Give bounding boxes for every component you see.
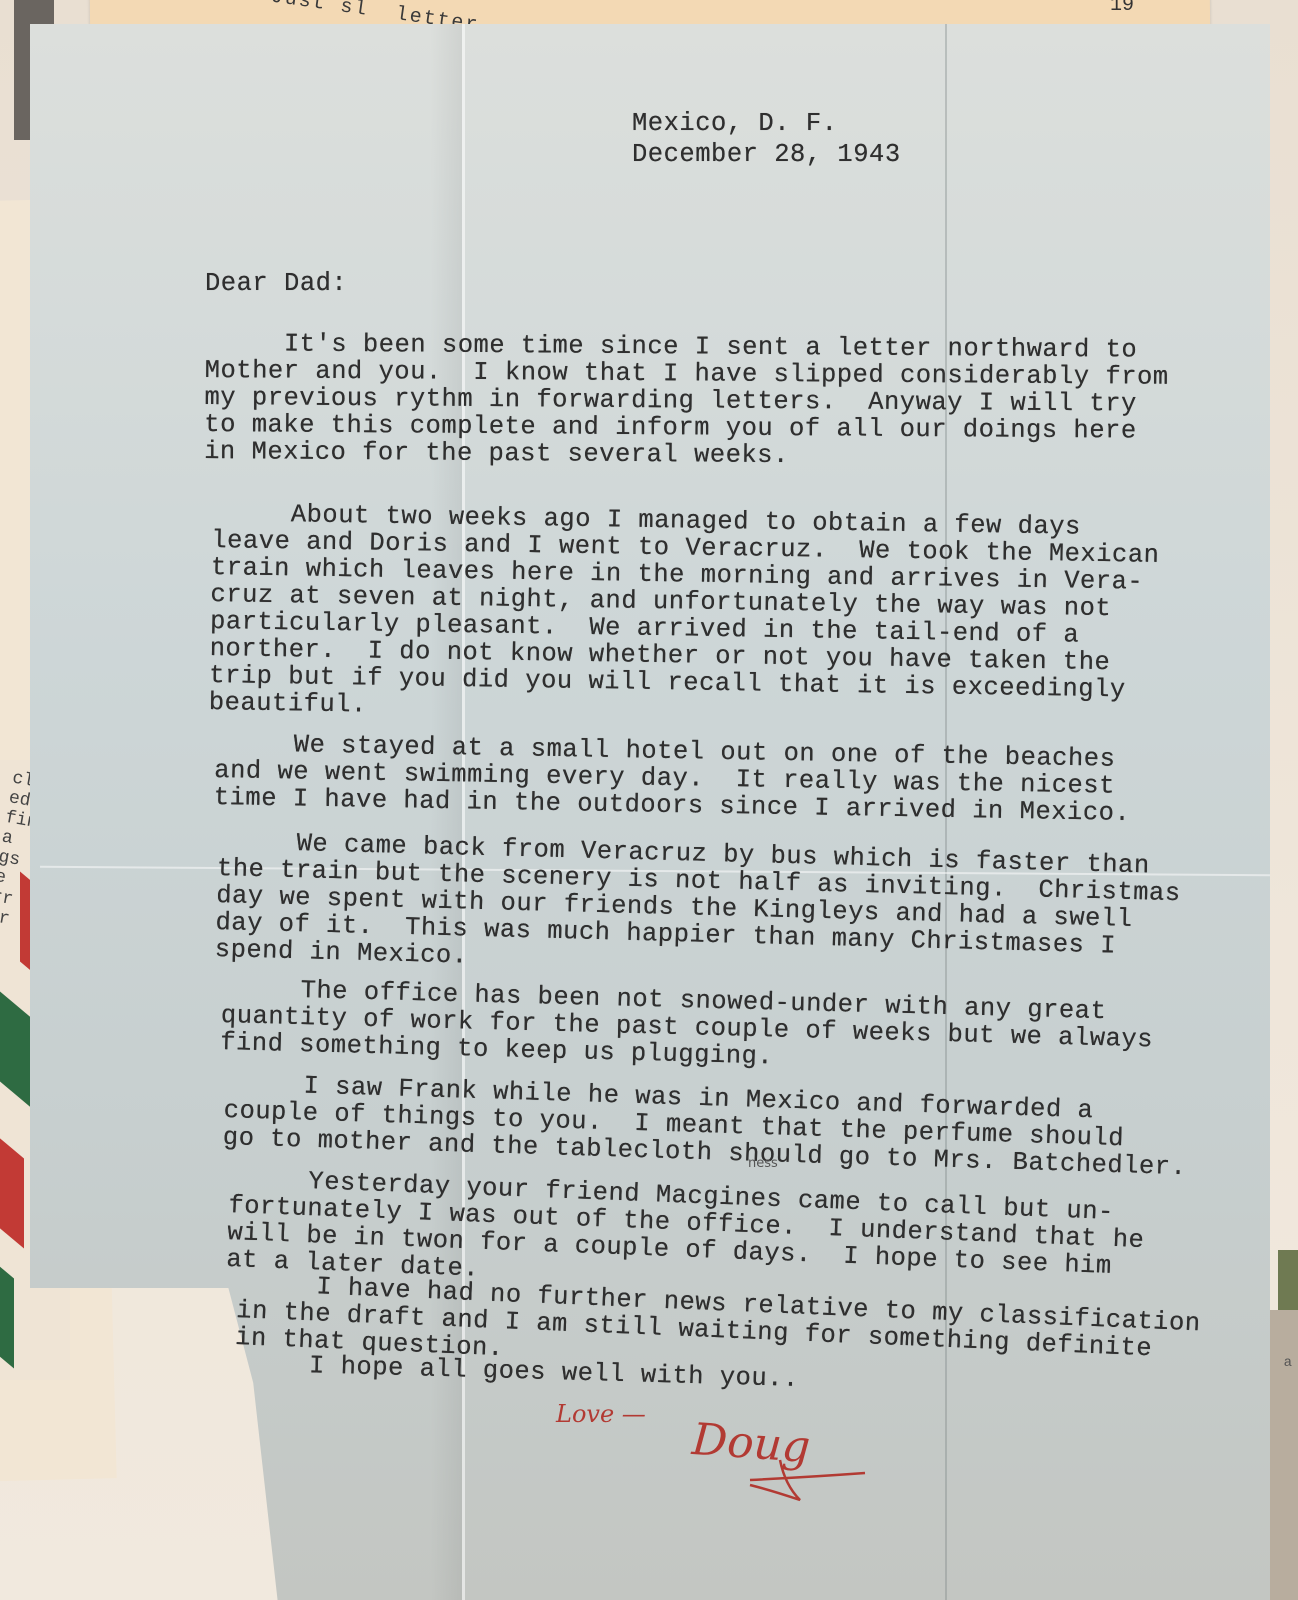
airmail-stripe [0, 1122, 24, 1249]
airmail-stripe [0, 1242, 14, 1369]
background-paper-fragment: 19 [1110, 0, 1134, 17]
letter-paragraph: About two weeks ago I managed to obtain … [209, 500, 1160, 731]
handwritten-correction: ness [748, 1156, 778, 1171]
letter-place: Mexico, D. F. [632, 110, 837, 137]
signature-flourish [740, 1455, 870, 1515]
letter-paragraph: We came back from Veracruz by bus which … [214, 828, 1181, 988]
letter-paragraph: It's been some time since I sent a lette… [204, 330, 1169, 472]
letter-salutation: Dear Dad: [205, 270, 347, 297]
letter-date: December 28, 1943 [632, 141, 901, 168]
handwritten-signoff: Love — [556, 1400, 646, 1428]
letter-paragraph: We stayed at a small hotel out on one of… [214, 730, 1132, 827]
background-paper-right-text: a [1284, 1355, 1292, 1371]
